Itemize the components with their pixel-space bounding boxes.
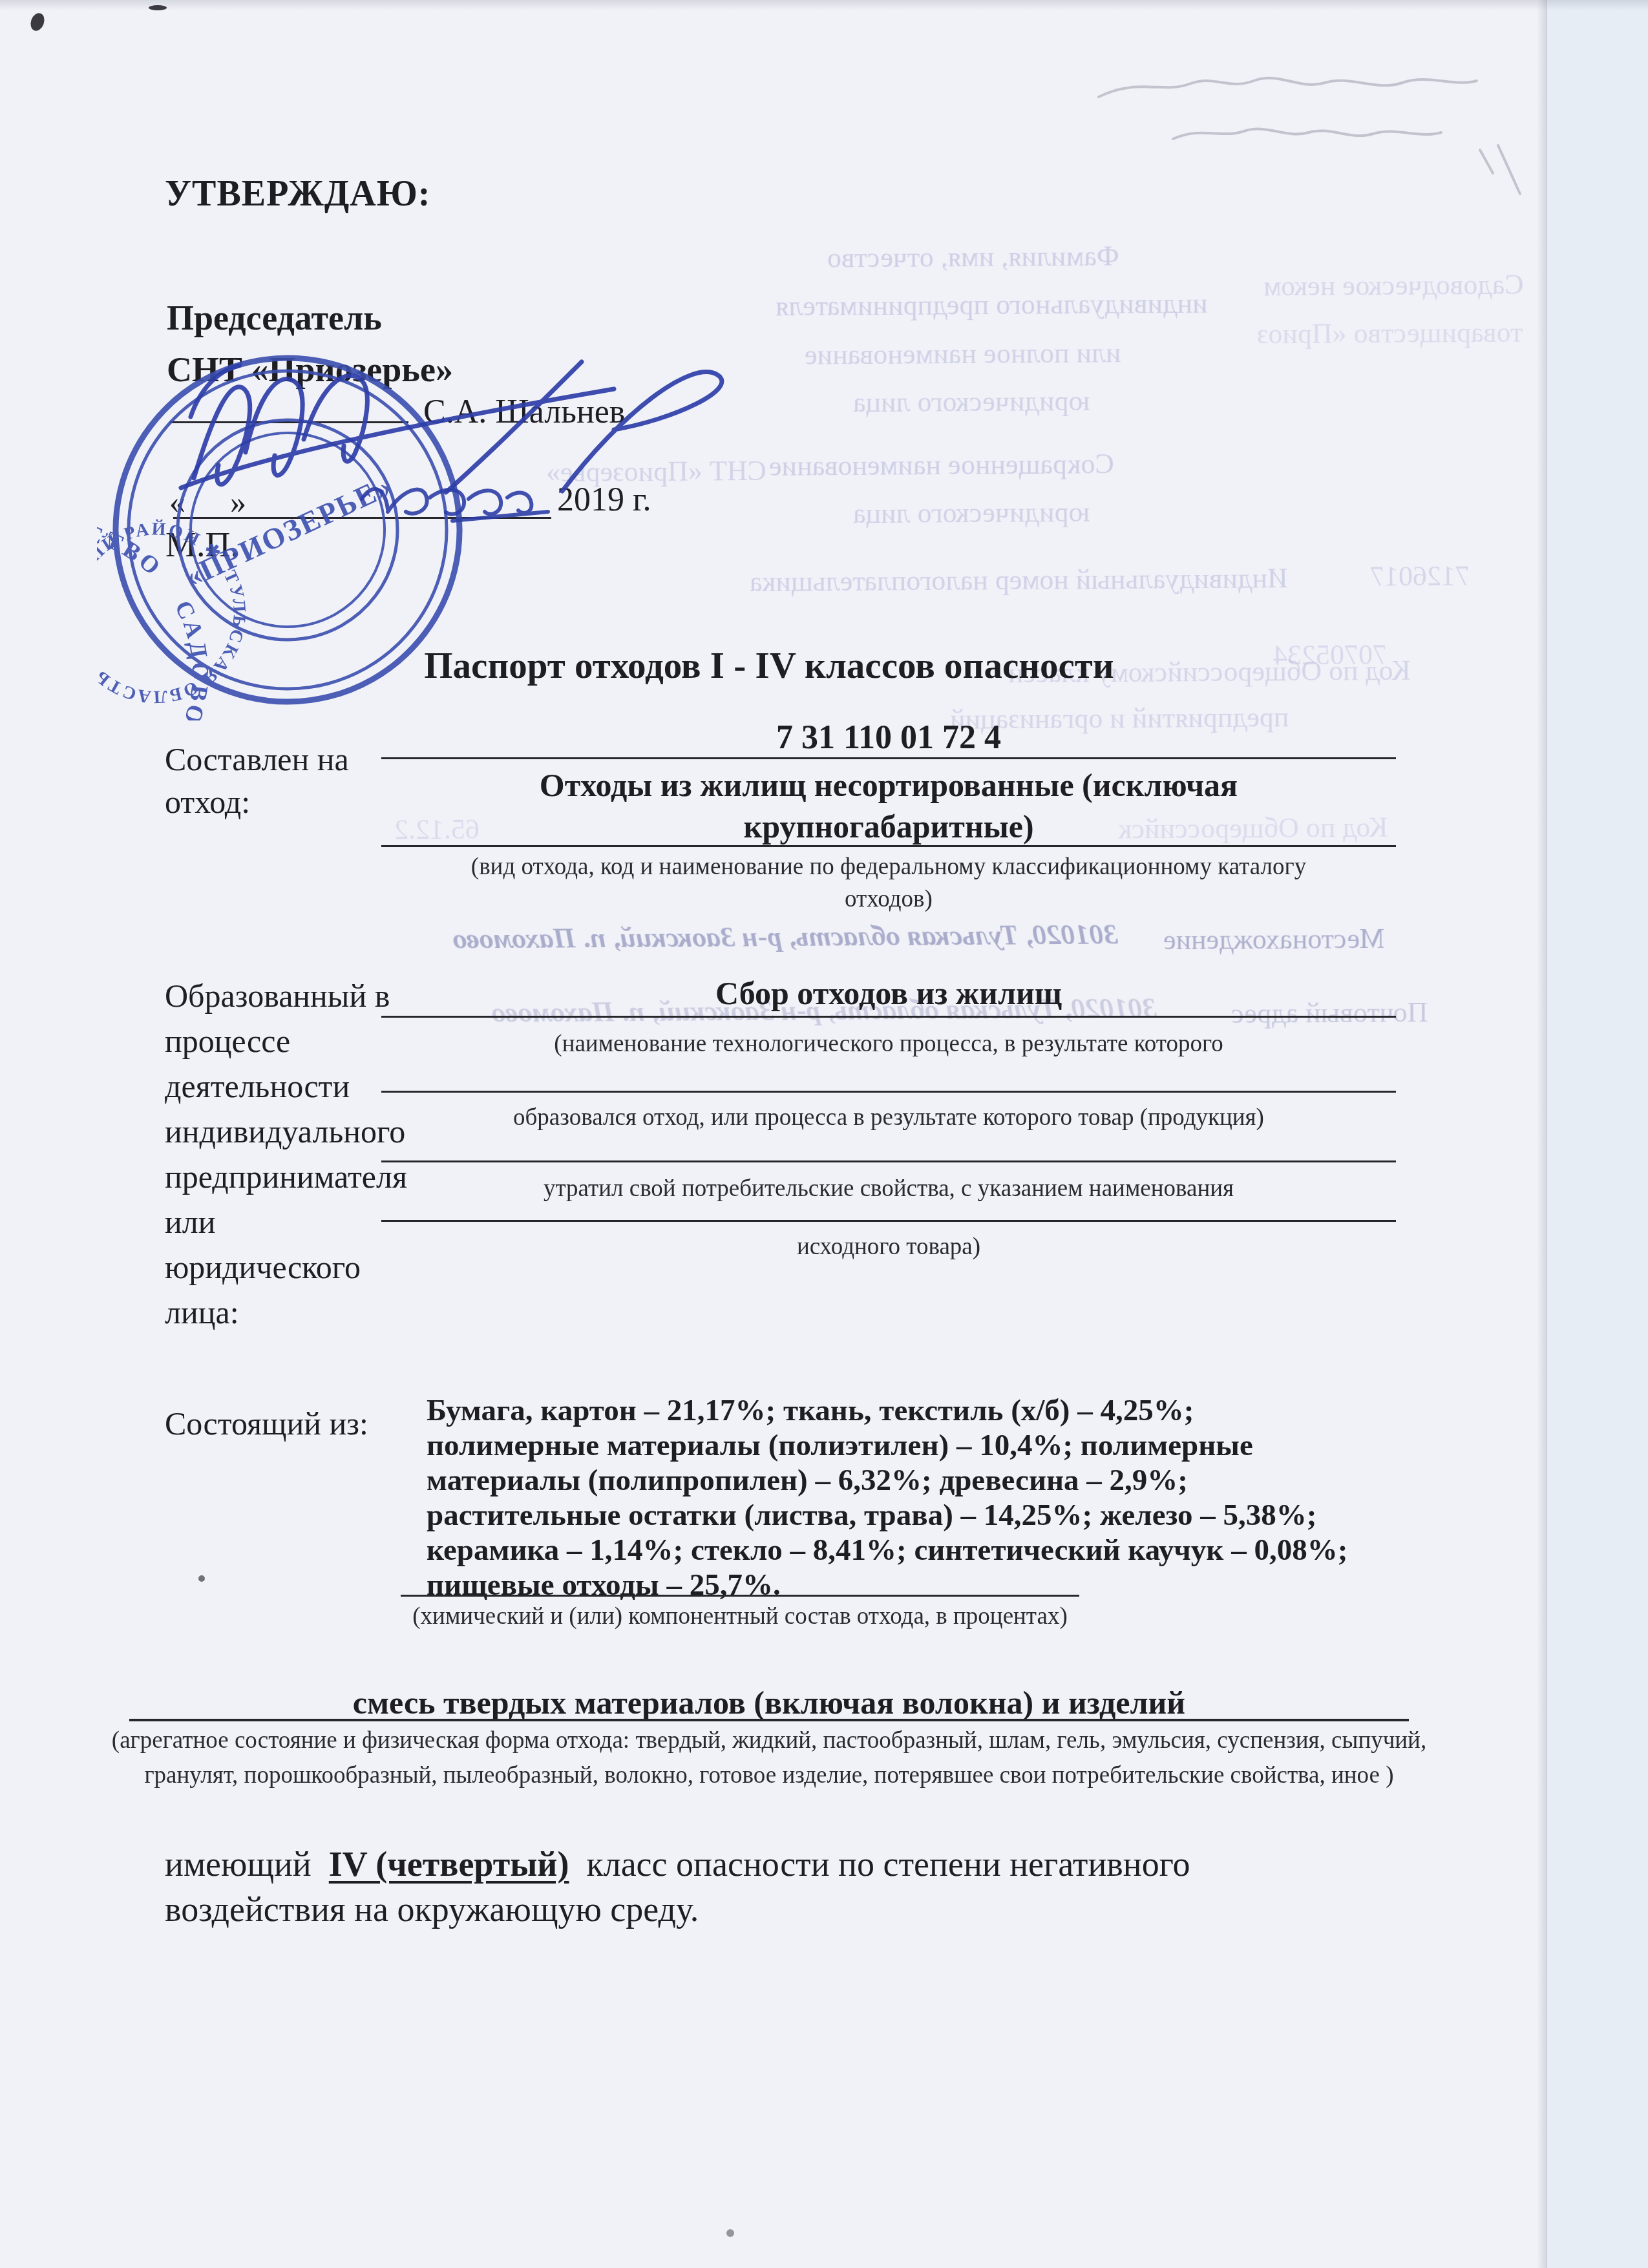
process-caption3: утратил свой потребительские свойства, с… xyxy=(381,1175,1396,1202)
formed-label-line: индивидуального xyxy=(165,1109,407,1154)
scanned-waste-passport-page: Фамилия, имя, отчествоиндивидуального пр… xyxy=(0,0,1648,2268)
composed-label-line2: отход: xyxy=(165,781,349,823)
formed-label-line: лица: xyxy=(165,1290,407,1335)
formed-label-line: предпринимателя xyxy=(165,1154,407,1199)
waste-name-caption1: (вид отхода, код и наименование по федер… xyxy=(381,853,1396,881)
process-underline2 xyxy=(381,1091,1396,1093)
composition-line: керамика – 1,14%; стекло – 8,41%; синтет… xyxy=(427,1533,1409,1568)
formed-label-line: процессе xyxy=(165,1018,407,1064)
composition-text: Бумага, картон – 21,17%; ткань, текстиль… xyxy=(427,1393,1409,1602)
aggregate-state-caption2: гранулят, порошкообразный, пылеобразный,… xyxy=(90,1761,1448,1789)
waste-name-underline xyxy=(381,845,1396,847)
aggregate-state-value: смесь твердых материалов (включая волокн… xyxy=(129,1684,1409,1721)
formed-label-line: деятельности xyxy=(165,1064,407,1109)
hazard-line2: воздействия на окружающую среду. xyxy=(165,1890,699,1929)
aggregate-state-caption1: (агрегатное состояние и физическая форма… xyxy=(90,1727,1448,1754)
formed-label-line: Образованный в xyxy=(165,973,407,1018)
formed-label-line: или xyxy=(165,1199,407,1244)
process-caption4: исходного товара) xyxy=(381,1233,1396,1261)
consisting-label: Состоящий из: xyxy=(165,1402,368,1445)
composition-caption: (химический и (или) компонентный состав … xyxy=(385,1602,1095,1630)
process-value: Сбор отходов из жилищ xyxy=(381,974,1396,1012)
waste-code: 7 31 110 01 72 4 xyxy=(381,719,1396,757)
process-underline1 xyxy=(381,1016,1396,1018)
process-caption1: (наименование технологического процесса,… xyxy=(381,1030,1396,1058)
composition-underline xyxy=(401,1595,1079,1597)
formed-label-line: юридического xyxy=(165,1244,407,1290)
composition-line: Бумага, картон – 21,17%; ткань, текстиль… xyxy=(427,1393,1409,1428)
hazard-post: класс опасности по степени негативного xyxy=(586,1845,1190,1884)
hazard-pre: имеющий xyxy=(165,1845,312,1884)
composition-line: материалы (полипропилен) – 6,32%; древес… xyxy=(427,1463,1409,1498)
waste-name-caption2: отходов) xyxy=(381,885,1396,913)
composition-line: пищевые отходы – 25,7%. xyxy=(427,1568,1409,1602)
composed-label: Составлен на отход: xyxy=(165,738,349,823)
hazard-statement: имеющий IV (четвертый) класс опасности п… xyxy=(165,1842,1302,1932)
waste-code-underline xyxy=(381,757,1396,759)
process-caption2: образовался отход, или процесса в резуль… xyxy=(381,1104,1396,1131)
waste-name-line1: Отходы из жилищ несортированные (исключа… xyxy=(381,766,1396,804)
pen-date-scribble-icon xyxy=(362,489,548,521)
composition-line: растительные остатки (листва, трава) – 1… xyxy=(427,1498,1409,1533)
process-underline4 xyxy=(381,1220,1396,1222)
pen-signature-icon xyxy=(181,362,722,492)
waste-name-line2: крупногабаритные) xyxy=(381,808,1396,845)
hazard-class-value: IV (четвертый) xyxy=(329,1845,569,1884)
composition-line: полимерные материалы (полиэтилен) – 10,4… xyxy=(427,1428,1409,1463)
page-title: Паспорт отходов I - IV классов опасности xyxy=(259,645,1280,687)
process-underline3 xyxy=(381,1160,1396,1162)
aggregate-state-underline xyxy=(129,1719,1409,1721)
composed-label-line1: Составлен на xyxy=(165,738,349,781)
formed-label: Образованный впроцесседеятельностииндиви… xyxy=(165,973,407,1335)
pencil-note-icon xyxy=(1099,78,1520,194)
